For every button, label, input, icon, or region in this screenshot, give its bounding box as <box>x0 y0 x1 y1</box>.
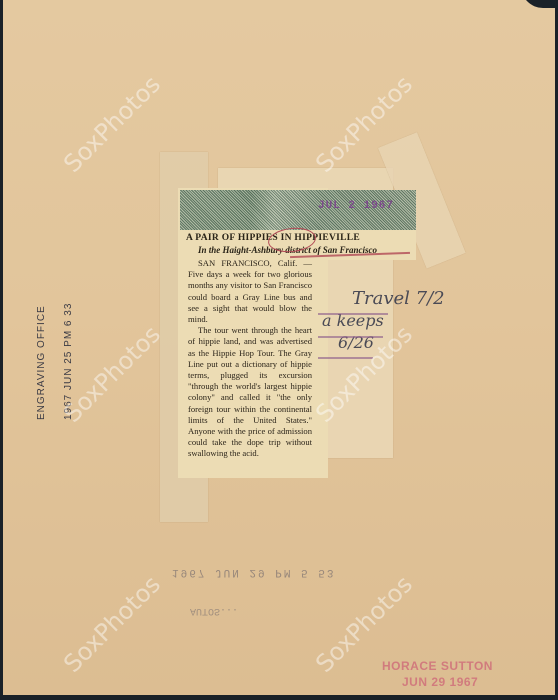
article-paragraph: The tour went through the heart of hippi… <box>188 325 312 459</box>
red-stamp-name: HORACE SUTTON <box>382 658 493 674</box>
handwriting-underline <box>318 313 388 315</box>
clipping-article: SAN FRANCISCO, Calif. — Five days a week… <box>188 258 312 460</box>
photo-date-stamp: JUL 2 1967 <box>318 200 394 212</box>
article-paragraph: SAN FRANCISCO, Calif. — Five days a week… <box>188 258 312 325</box>
red-name-stamp: HORACE SUTTON JUN 29 1967 <box>382 658 493 690</box>
mirrored-stamp-text: AUTOS... <box>190 605 238 616</box>
red-stamp-date: JUN 29 1967 <box>402 674 493 690</box>
engraving-stamp-title: ENGRAVING OFFICE <box>36 303 47 420</box>
scan-background-corner <box>521 0 558 8</box>
handwriting-underline <box>318 336 383 338</box>
handwritten-line: Travel 7/2 <box>352 288 445 310</box>
mirrored-date-stamp: 1967 JUN 29 PM 5 53 <box>172 566 335 578</box>
